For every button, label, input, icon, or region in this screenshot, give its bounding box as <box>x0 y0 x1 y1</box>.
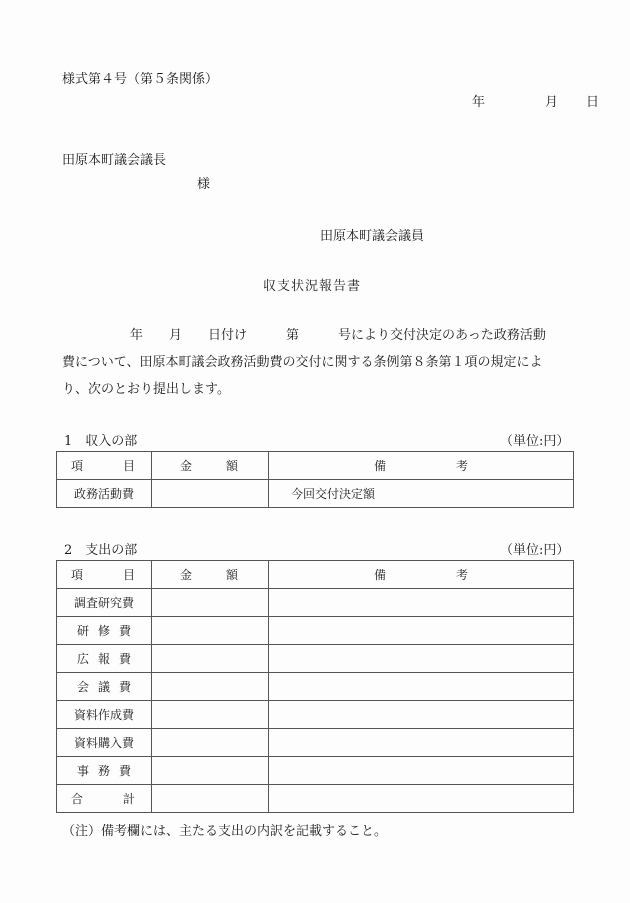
header-note-a: 備 <box>374 566 386 583</box>
header-amount-a: 金 <box>180 566 192 583</box>
item-cell: 広報費 <box>68 652 140 666</box>
item-cell: 事務費 <box>68 764 140 778</box>
item-cell: 調査研究費 <box>57 589 152 617</box>
amount-cell[interactable] <box>152 729 269 757</box>
table-row: 会議費 <box>57 673 574 701</box>
amount-cell[interactable] <box>152 757 269 785</box>
table-row: 事務費 <box>57 757 574 785</box>
document-title: 収支状況報告書 <box>263 275 361 294</box>
table-row: 資料作成費 <box>57 701 574 729</box>
date-year: 年 <box>472 91 485 110</box>
header-item-a: 項 <box>71 566 83 583</box>
note-cell[interactable]: 今回交付決定額 <box>269 480 574 508</box>
item-cell: 資料作成費 <box>57 701 152 729</box>
total-label-a: 合 <box>71 790 83 807</box>
item-cell: 研修費 <box>68 624 140 638</box>
honorific: 様 <box>197 173 210 192</box>
amount-cell[interactable] <box>152 645 269 673</box>
header-item-a: 項 <box>71 457 83 474</box>
note-cell[interactable] <box>269 645 574 673</box>
body-line-3: り、次のとおり提出します。 <box>62 376 582 403</box>
footnote: （注）備考欄には、主たる支出の内訳を記載すること。 <box>62 820 387 839</box>
amount-cell[interactable] <box>152 701 269 729</box>
body-line-2: 費について、田原本町議会政務活動費の交付に関する条例第８条第１項の規定によ <box>62 349 582 376</box>
body-line-1: 年 月 日付け 第 号により交付決定のあった政務活動 <box>62 322 582 349</box>
total-note-cell[interactable] <box>269 785 574 813</box>
table-row-total: 合計 <box>57 785 574 813</box>
header-note-a: 備 <box>374 457 386 474</box>
table-row: 資料購入費 <box>57 729 574 757</box>
header-amount-b: 額 <box>226 566 238 583</box>
table-row: 広報費 <box>57 645 574 673</box>
note-cell[interactable] <box>269 757 574 785</box>
header-note-b: 考 <box>456 566 468 583</box>
body-paragraph: 年 月 日付け 第 号により交付決定のあった政務活動 費について、田原本町議会政… <box>62 322 582 403</box>
header-item-b: 目 <box>123 457 135 474</box>
item-cell: 政務活動費 <box>57 480 152 508</box>
header-amount-b: 額 <box>226 457 238 474</box>
total-label-b: 計 <box>123 790 135 807</box>
note-cell[interactable] <box>269 673 574 701</box>
table-row: 調査研究費 <box>57 589 574 617</box>
date-month: 月 <box>545 91 558 110</box>
income-unit: （単位:円） <box>500 430 569 449</box>
note-cell[interactable] <box>269 617 574 645</box>
income-table: 項目 金額 備考 政務活動費 今回交付決定額 <box>56 451 574 508</box>
note-cell[interactable] <box>269 729 574 757</box>
income-section-title: 1 収入の部 <box>64 430 137 449</box>
date-day: 日 <box>586 91 599 110</box>
amount-cell[interactable] <box>152 673 269 701</box>
table-header-row: 項目 金額 備考 <box>57 561 574 589</box>
date-line: 年月日 <box>472 91 599 110</box>
header-note-b: 考 <box>456 457 468 474</box>
note-cell[interactable] <box>269 589 574 617</box>
total-amount-cell[interactable] <box>152 785 269 813</box>
expenditure-section-title: 2 支出の部 <box>64 539 137 558</box>
item-cell: 資料購入費 <box>57 729 152 757</box>
amount-cell[interactable] <box>152 480 269 508</box>
table-header-row: 項目 金額 備考 <box>57 452 574 480</box>
amount-cell[interactable] <box>152 617 269 645</box>
note-cell[interactable] <box>269 701 574 729</box>
table-row: 研修費 <box>57 617 574 645</box>
amount-cell[interactable] <box>152 589 269 617</box>
sender: 田原本町議会議員 <box>320 225 424 244</box>
header-amount-a: 金 <box>180 457 192 474</box>
expenditure-unit: （単位:円） <box>500 539 569 558</box>
table-row: 政務活動費 今回交付決定額 <box>57 480 574 508</box>
addressee: 田原本町議会議長 <box>62 149 166 168</box>
item-cell: 会議費 <box>68 680 140 694</box>
expenditure-table: 項目 金額 備考 調査研究費 研修費 広報費 会議費 資料作成費 資料購入費 事… <box>56 560 574 813</box>
header-item-b: 目 <box>123 566 135 583</box>
form-number: 様式第４号（第５条関係） <box>62 68 218 87</box>
